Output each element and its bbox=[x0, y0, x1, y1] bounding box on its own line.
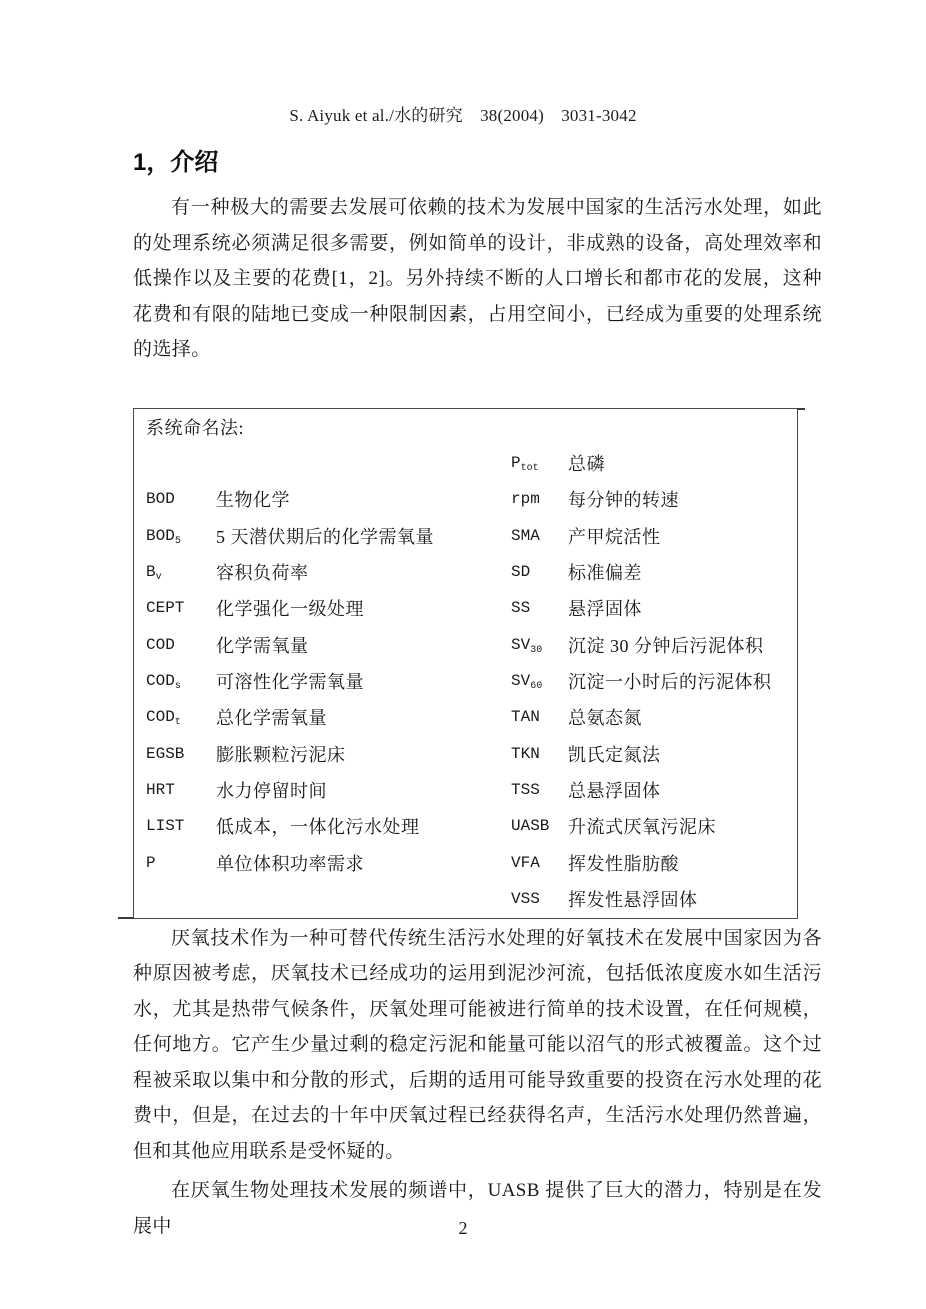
nomenclature-abbr: Bv bbox=[146, 563, 216, 581]
nomenclature-abbr: LIST bbox=[146, 817, 216, 835]
nomenclature-definition: 总氨态氮 bbox=[568, 704, 642, 730]
nomenclature-definition: 悬浮固体 bbox=[568, 595, 642, 621]
nomenclature-abbr: VFA bbox=[511, 854, 568, 872]
nomenclature-box: 系统命名法: BOD生物化学BOD55 天潜伏期后的化学需氧量Bv容积负荷率CE… bbox=[133, 408, 798, 919]
nomenclature-entry: BOD55 天潜伏期后的化学需氧量 bbox=[146, 518, 511, 554]
nomenclature-abbr: BOD5 bbox=[146, 527, 216, 545]
nomenclature-abbr: HRT bbox=[146, 781, 216, 799]
nomenclature-definition: 标准偏差 bbox=[568, 559, 642, 585]
nomenclature-abbr: SV60 bbox=[511, 672, 568, 690]
nomenclature-definition: 可溶性化学需氧量 bbox=[216, 668, 364, 694]
nomenclature-abbr-subscript: tot bbox=[521, 463, 539, 474]
nomenclature-title: 系统命名法: bbox=[146, 409, 511, 445]
paragraph-anaerobic-technology: 厌氧技术作为一种可替代传统生活污水处理的好氧技术在发展中国家因为各种原因被考虑，… bbox=[133, 921, 822, 1170]
nomenclature-abbr: TKN bbox=[511, 745, 568, 763]
document-page: S. Aiyuk et al./水的研究 38(2004) 3031-3042 … bbox=[0, 0, 926, 1309]
nomenclature-definition: 单位体积功率需求 bbox=[216, 850, 364, 876]
nomenclature-abbr: BOD bbox=[146, 490, 216, 508]
nomenclature-abbr: rpm bbox=[511, 490, 568, 508]
nomenclature-abbr-subscript: 5 bbox=[175, 536, 181, 547]
nomenclature-abbr: CEPT bbox=[146, 599, 216, 617]
nomenclature-definition: 膨胀颗粒污泥床 bbox=[216, 741, 346, 767]
nomenclature-entry: CODs可溶性化学需氧量 bbox=[146, 663, 511, 699]
nomenclature-entry: Bv容积负荷率 bbox=[146, 554, 511, 590]
nomenclature-definition: 沉淀 30 分钟后污泥体积 bbox=[568, 632, 764, 658]
nomenclature-definition: 总化学需氧量 bbox=[216, 704, 327, 730]
nomenclature-entry: SD标准偏差 bbox=[511, 554, 797, 590]
nomenclature-entry: SV60沉淀一小时后的污泥体积 bbox=[511, 663, 797, 699]
nomenclature-abbr-subscript: t bbox=[175, 717, 181, 728]
nomenclature-definition: 生物化学 bbox=[216, 486, 290, 512]
nomenclature-definition: 凯氏定氮法 bbox=[568, 741, 661, 767]
nomenclature-definition: 化学强化一级处理 bbox=[216, 595, 364, 621]
nomenclature-entry: SS悬浮固体 bbox=[511, 590, 797, 626]
nomenclature-entry: HRT水力停留时间 bbox=[146, 772, 511, 808]
nomenclature-definition: 挥发性脂肪酸 bbox=[568, 850, 679, 876]
nomenclature-entry: EGSB膨胀颗粒污泥床 bbox=[146, 736, 511, 772]
nomenclature-entry: VSS挥发性悬浮固体 bbox=[511, 881, 797, 917]
nomenclature-definition: 沉淀一小时后的污泥体积 bbox=[568, 668, 772, 694]
nomenclature-abbr: SV30 bbox=[511, 636, 568, 654]
nomenclature-entry: Ptot总磷 bbox=[511, 445, 797, 481]
nomenclature-entry: LIST低成本，一体化污水处理 bbox=[146, 808, 511, 844]
nomenclature-entry: TSS总悬浮固体 bbox=[511, 772, 797, 808]
nomenclature-abbr: SS bbox=[511, 599, 568, 617]
nomenclature-abbr: SD bbox=[511, 563, 568, 581]
nomenclature-left-column: 系统命名法: BOD生物化学BOD55 天潜伏期后的化学需氧量Bv容积负荷率CE… bbox=[134, 409, 511, 918]
nomenclature-entry: SMA产甲烷活性 bbox=[511, 518, 797, 554]
page-number: 2 bbox=[0, 1218, 926, 1239]
page-content: 1，介绍 有一种极大的需要去发展可依赖的技术为发展中国家的生活污水处理，如此的处… bbox=[133, 0, 822, 1244]
nomenclature-definition: 低成本，一体化污水处理 bbox=[216, 813, 420, 839]
nomenclature-definition: 水力停留时间 bbox=[216, 777, 327, 803]
nomenclature-entry: SV30沉淀 30 分钟后污泥体积 bbox=[511, 627, 797, 663]
nomenclature-abbr-subscript: 30 bbox=[530, 645, 542, 656]
nomenclature-spacer bbox=[511, 409, 797, 445]
nomenclature-abbr: VSS bbox=[511, 890, 568, 908]
nomenclature-abbr: P bbox=[146, 854, 216, 872]
nomenclature-abbr: SMA bbox=[511, 527, 568, 545]
nomenclature-abbr-subscript: s bbox=[175, 681, 181, 692]
nomenclature-definition: 升流式厌氧污泥床 bbox=[568, 813, 716, 839]
nomenclature-abbr: TSS bbox=[511, 781, 568, 799]
nomenclature-entry: CODt总化学需氧量 bbox=[146, 699, 511, 735]
nomenclature-definition: 容积负荷率 bbox=[216, 559, 309, 585]
nomenclature-abbr: EGSB bbox=[146, 745, 216, 763]
nomenclature-entry: COD化学需氧量 bbox=[146, 627, 511, 663]
paragraph-introduction-1: 有一种极大的需要去发展可依赖的技术为发展中国家的生活污水处理，如此的处理系统必须… bbox=[133, 190, 822, 368]
nomenclature-definition: 产甲烷活性 bbox=[568, 523, 661, 549]
nomenclature-abbr: COD bbox=[146, 636, 216, 654]
nomenclature-definition: 化学需氧量 bbox=[216, 632, 309, 658]
nomenclature-entry: BOD生物化学 bbox=[146, 481, 511, 517]
nomenclature-entry: VFA挥发性脂肪酸 bbox=[511, 845, 797, 881]
nomenclature-right-column: Ptot总磷rpm每分钟的转速SMA产甲烷活性SD标准偏差SS悬浮固体SV30沉… bbox=[511, 409, 797, 918]
nomenclature-entry: UASB升流式厌氧污泥床 bbox=[511, 808, 797, 844]
nomenclature-abbr: CODt bbox=[146, 708, 216, 726]
nomenclature-entry: P单位体积功率需求 bbox=[146, 845, 511, 881]
nomenclature-spacer bbox=[146, 445, 511, 481]
nomenclature-abbr: UASB bbox=[511, 817, 568, 835]
nomenclature-abbr-subscript: v bbox=[156, 572, 162, 583]
nomenclature-abbr: CODs bbox=[146, 672, 216, 690]
nomenclature-entry: CEPT化学强化一级处理 bbox=[146, 590, 511, 626]
nomenclature-definition: 总悬浮固体 bbox=[568, 777, 661, 803]
nomenclature-abbr: TAN bbox=[511, 708, 568, 726]
nomenclature-definition: 总磷 bbox=[568, 450, 605, 476]
section-heading: 1，介绍 bbox=[133, 146, 822, 180]
nomenclature-entry: TKN凯氏定氮法 bbox=[511, 736, 797, 772]
nomenclature-columns: 系统命名法: BOD生物化学BOD55 天潜伏期后的化学需氧量Bv容积负荷率CE… bbox=[134, 409, 797, 918]
nomenclature-definition: 5 天潜伏期后的化学需氧量 bbox=[216, 523, 434, 549]
nomenclature-abbr: Ptot bbox=[511, 454, 568, 472]
nomenclature-entry: rpm每分钟的转速 bbox=[511, 481, 797, 517]
nomenclature-definition: 每分钟的转速 bbox=[568, 486, 679, 512]
nomenclature-abbr-subscript: 60 bbox=[530, 681, 542, 692]
nomenclature-definition: 挥发性悬浮固体 bbox=[568, 886, 698, 912]
nomenclature-entry: TAN总氨态氮 bbox=[511, 699, 797, 735]
